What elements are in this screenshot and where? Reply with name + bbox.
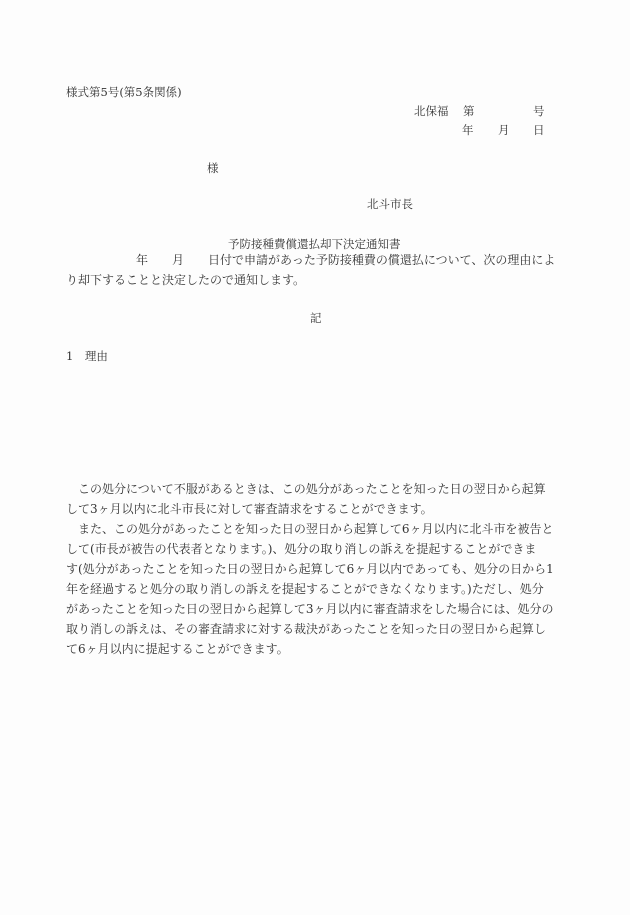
form-number: 様式第5号(第5条関係) (66, 85, 182, 99)
intro-line: り却下することと決定したので通知します。 (66, 270, 566, 290)
notice-line: があったことを知った日の翌日から起算して3ヶ月以内に審査請求をした場合には、処分… (66, 599, 546, 619)
intro-paragraph: 年 月 日付で申請があった予防接種費の償還払について、次の理由によ り却下するこ… (86, 250, 566, 290)
reference-go: 号 (533, 104, 545, 118)
notice-line: す(処分があったことを知った日の翌日から起算して6ヶ月以内であっても、処分の日か… (66, 559, 546, 579)
notice-line: して3ヶ月以内に北斗市長に対して審査請求をすることができます。 (66, 499, 546, 519)
section-reason-heading: 1 理由 (66, 349, 108, 363)
notice-line: て6ヶ月以内に提起することができます。 (66, 639, 546, 659)
date-year: 年 (462, 123, 474, 137)
date-month: 月 (498, 123, 510, 137)
ki-heading: 記 (310, 311, 322, 325)
notice-line: して(市長が被告の代表者となります。)、処分の取り消しの訴えを提起することができ… (66, 539, 546, 559)
addressee-suffix: 様 (207, 161, 219, 175)
reference-dai: 第 (463, 104, 475, 118)
notice-line: 年を経過すると処分の取り消しの訴えを提起することができなくなります。)ただし、処… (66, 579, 546, 599)
notice-line: 取り消しの訴えは、その審査請求に対する裁決があったことを知った日の翌日から起算し (66, 619, 546, 639)
notice-line: また、この処分があったことを知った日の翌日から起算して6ヶ月以内に北斗市を被告と (66, 519, 546, 539)
date-day: 日 (533, 123, 545, 137)
notice-line: この処分について不服があるときは、この処分があったことを知った日の翌日から起算 (66, 479, 546, 499)
reference-office: 北保福 (414, 104, 449, 118)
appeal-notice: この処分について不服があるときは、この処分があったことを知った日の翌日から起算 … (66, 479, 546, 659)
document-title: 予防接種費償還払却下決定通知書 (228, 237, 401, 251)
sender: 北斗市長 (367, 197, 413, 211)
intro-line: 年 月 日付で申請があった予防接種費の償還払について、次の理由によ (86, 250, 566, 270)
